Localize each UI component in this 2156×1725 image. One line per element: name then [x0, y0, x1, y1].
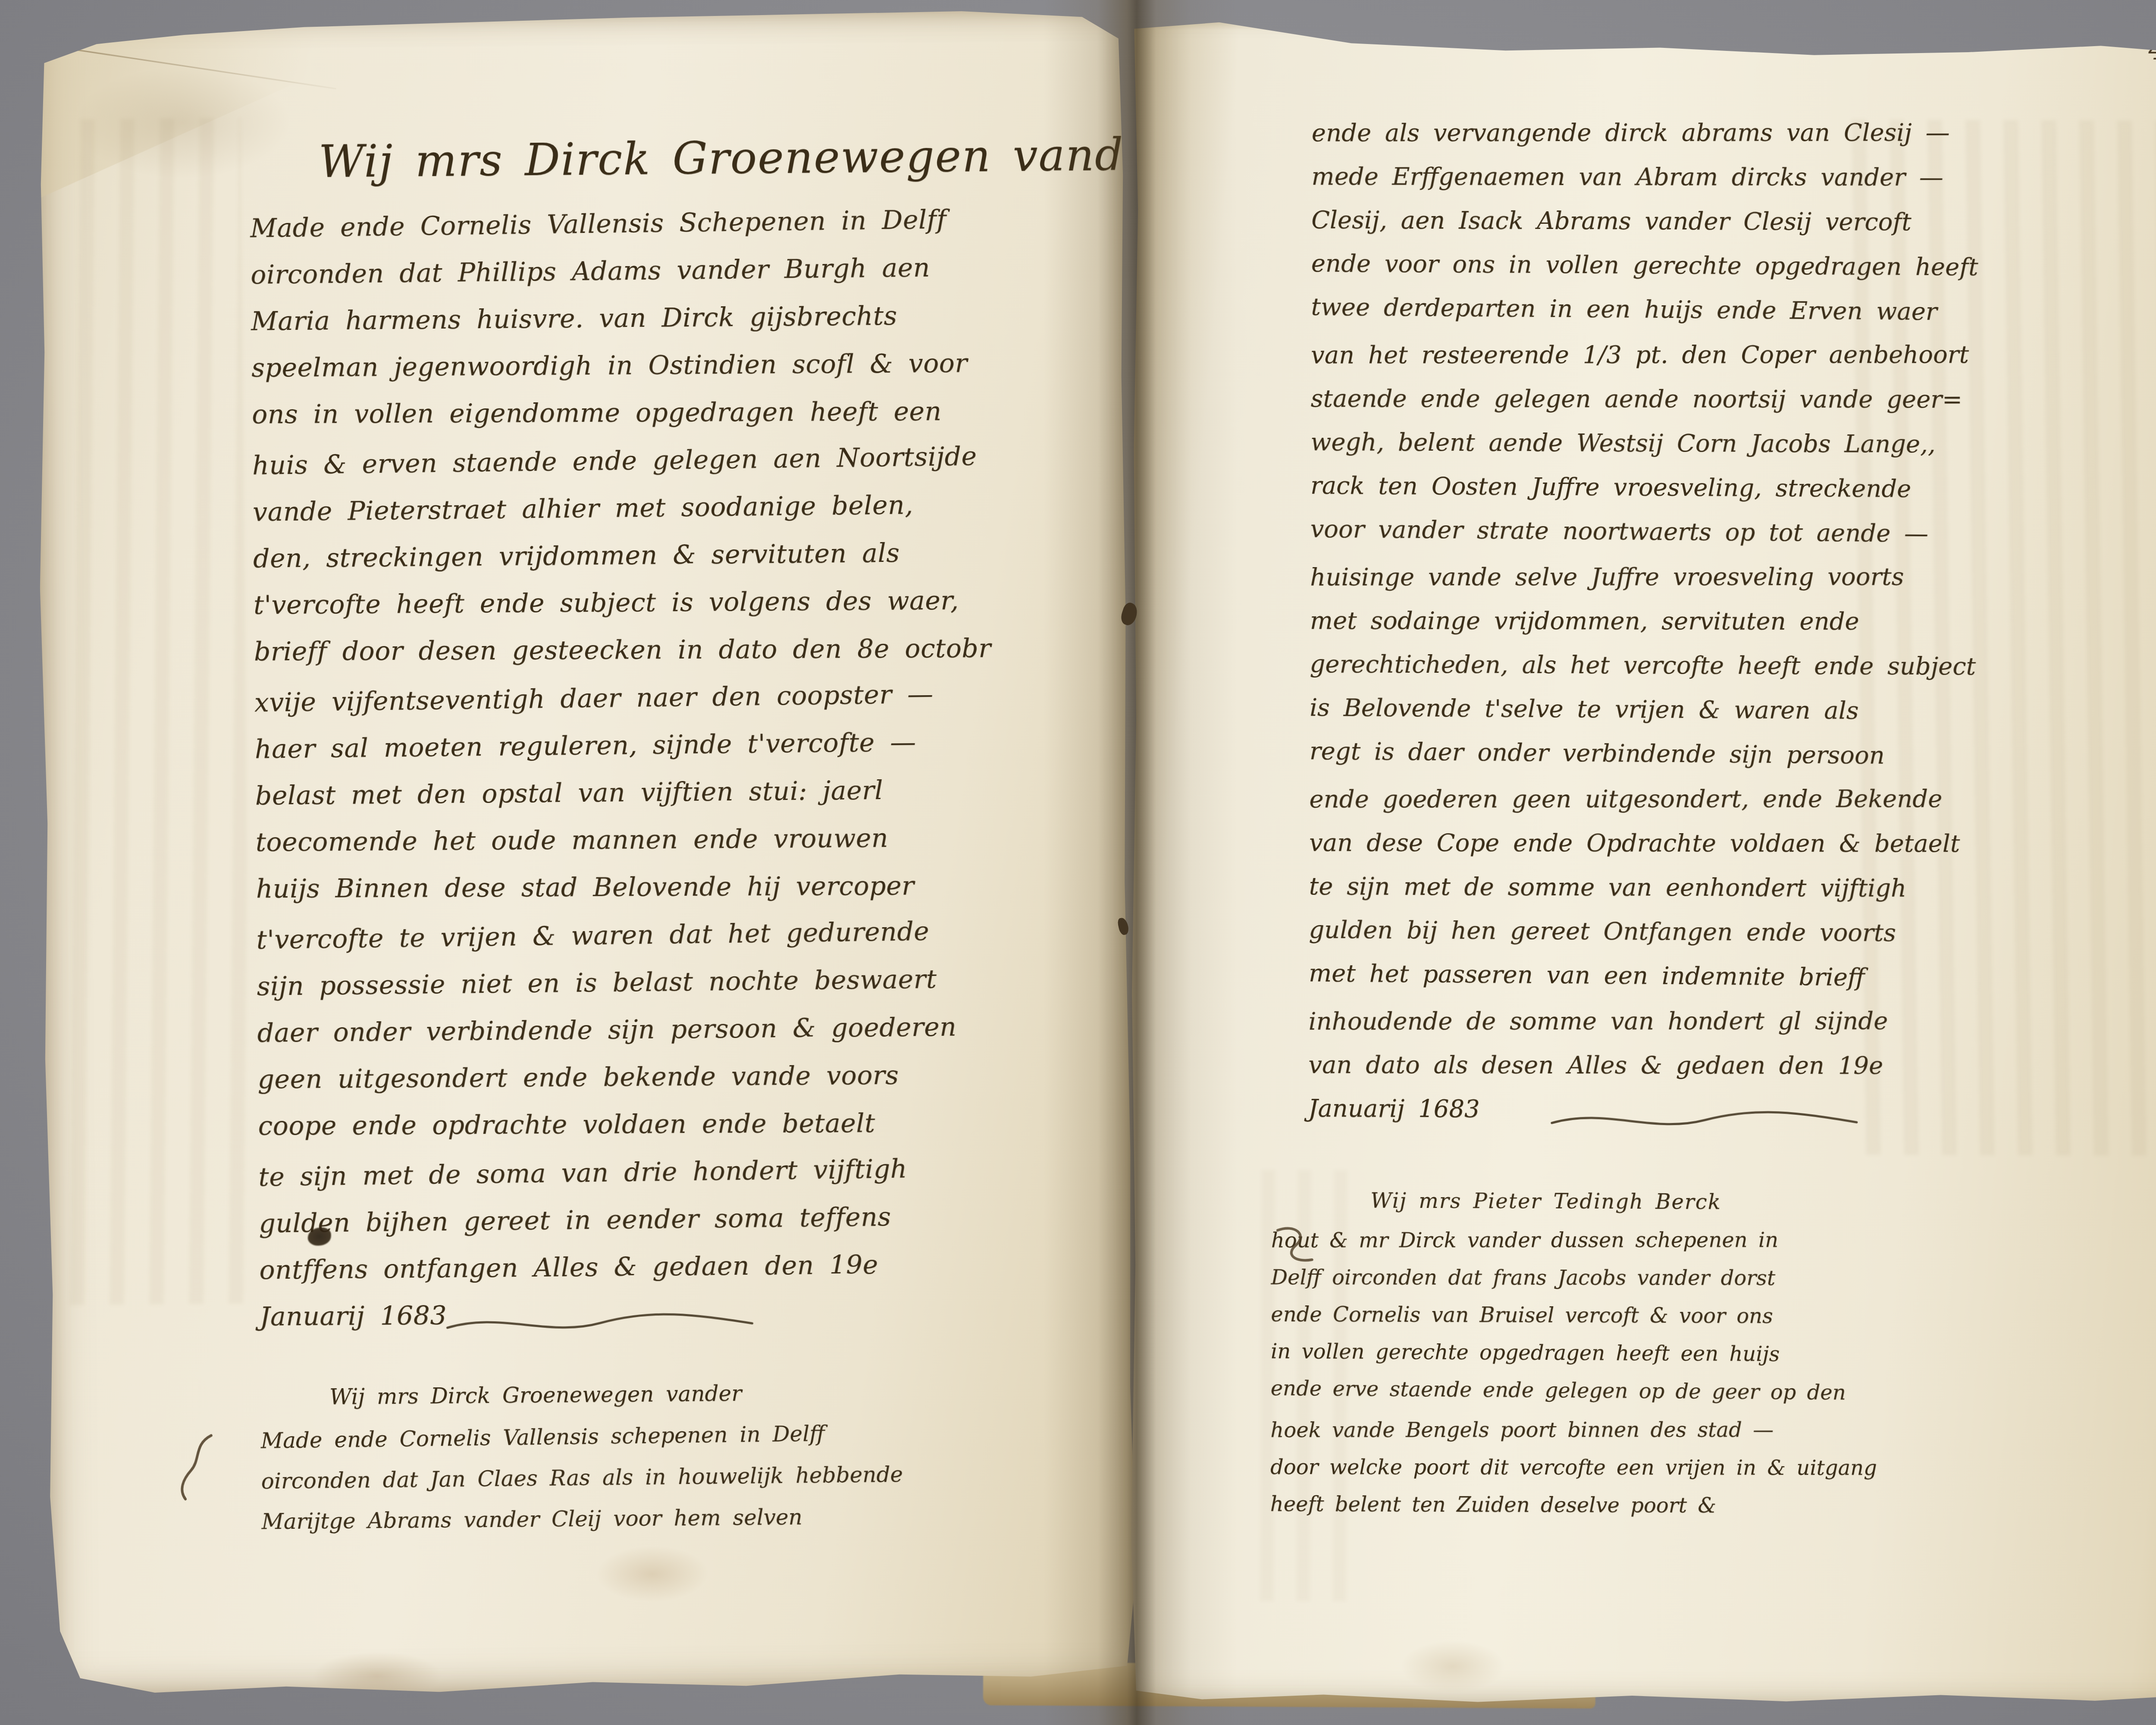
- manuscript-paragraph: Wij mrs Dirck Groenewegen vanderMade end…: [249, 115, 1135, 1343]
- manuscript-line: daer onder verbindende sijn persoon & go…: [257, 1002, 1133, 1057]
- left-page-text: Wij mrs Dirck Groenewegen vanderMade end…: [249, 115, 1137, 1543]
- margin-paraph-mark: [170, 1433, 222, 1502]
- paper-stain: [1401, 1640, 1504, 1693]
- paper-stain: [596, 1546, 708, 1603]
- manuscript-photo: Wij mrs Dirck Groenewegen vanderMade end…: [0, 0, 2156, 1725]
- right-page: 4 ende als vervangende dirck abrams van …: [1125, 5, 2156, 1712]
- paper-stain: [312, 1651, 442, 1699]
- manuscript-line: inhoudende de somme van hondert gl sijnd…: [1309, 999, 2156, 1044]
- manuscript-line: ende Cornelis van Bruisel vercoft & voor…: [1271, 1295, 2156, 1337]
- manuscript-paragraph: Wij mrs Dirck Groenewegen vanderMade end…: [260, 1369, 1137, 1543]
- manuscript-line: rack ten Oosten Juffre vroesveling, stre…: [1310, 464, 2156, 513]
- page-number: 4: [2148, 31, 2156, 67]
- manuscript-line: t'vercofte heeft ende subject is volgens…: [254, 576, 1129, 629]
- manuscript-line: geen uitgesondert ende bekende vande voo…: [257, 1050, 1133, 1103]
- manuscript-line: ende als vervangende dirck abrams van Cl…: [1312, 110, 2156, 155]
- manuscript-line: heeft belent ten Zuiden deselve poort &: [1270, 1485, 2156, 1527]
- manuscript-line: hoek vande Bengels poort binnen des stad…: [1270, 1411, 2156, 1449]
- manuscript-line: coope ende opdrachte voldaen ende betael…: [258, 1098, 1133, 1150]
- manuscript-line: Januarij 1683: [260, 1287, 1135, 1340]
- manuscript-line: te sijn met de somme van eenhondert vijf…: [1309, 864, 2156, 912]
- manuscript-line: is Belovende t'selve te vrijen & waren a…: [1310, 686, 2156, 735]
- manuscript-line: ende goederen geen uitgesondert, ende Be…: [1309, 777, 2156, 822]
- manuscript-line: voor vander strate noortwaerts op tot ae…: [1310, 507, 2156, 558]
- manuscript-line: regt is daer onder verbindende sijn pers…: [1309, 729, 2156, 781]
- manuscript-line: speelman jegenwoordigh in Ostindien scof…: [251, 339, 1127, 392]
- manuscript-line: Januarij 1683: [1308, 1086, 2156, 1134]
- manuscript-paragraph: ende als vervangende dirck abrams van Cl…: [1308, 109, 2156, 1139]
- manuscript-line: oirconden dat Phillips Adams vander Burg…: [251, 242, 1126, 299]
- margin-paraph-mark: [1269, 1222, 1325, 1278]
- left-page: Wij mrs Dirck Groenewegen vanderMade end…: [31, 6, 1141, 1699]
- manuscript-line: gulden bij hen gereet Ontfangen ende voo…: [1309, 908, 2156, 957]
- manuscript-line: door welcke poort dit vercofte een vrije…: [1270, 1448, 2156, 1487]
- manuscript-line: huisinge vande selve Juffre vroesveling …: [1310, 555, 2156, 599]
- manuscript-line: den, streckingen vrijdommen & servituten…: [253, 527, 1129, 583]
- manuscript-line: ons in vollen eigendomme opgedragen heef…: [252, 387, 1127, 438]
- paragraph-opening-line: Wij mrs Dirck Groenewegen vander: [249, 115, 1125, 203]
- paragraph-opening-line: Wij mrs Pieter Tedingh Berck: [1271, 1182, 2156, 1223]
- manuscript-line: met het passeren van een indemnite brief…: [1309, 951, 2156, 1003]
- manuscript-line: belast met den opstal van vijftien stui:…: [255, 765, 1131, 820]
- right-page-text: ende als vervangende dirck abrams van Cl…: [1307, 109, 2156, 1526]
- manuscript-line: haer sal moeten reguleren, sijnde t'verc…: [254, 716, 1130, 773]
- manuscript-line: hout & mr Dirck vander dussen schepenen …: [1271, 1221, 2156, 1260]
- manuscript-line: twee derdeparten in een huijs ende Erven…: [1311, 285, 2156, 336]
- manuscript-line: Delff oirconden dat frans Jacobs vander …: [1271, 1258, 2156, 1298]
- manuscript-line: ende erve staende ende gelegen op de gee…: [1270, 1369, 2156, 1414]
- manuscript-line: mede Erffgenaemen van Abram dircks vande…: [1311, 154, 2156, 200]
- manuscript-line: Clesij, aen Isack Abrams vander Clesij v…: [1311, 198, 2156, 245]
- manuscript-line: vande Pieterstraet alhier met soodanige …: [252, 479, 1128, 536]
- manuscript-line: met sodainge vrijdommen, servituten ende: [1310, 599, 2156, 644]
- manuscript-line: ontffens ontfangen Alles & gedaen den 19…: [259, 1239, 1135, 1294]
- page-head-edge: [1131, 5, 2156, 34]
- manuscript-line: in vollen gerechte opgedragen heeft een …: [1271, 1332, 2156, 1375]
- manuscript-line: wegh, belent aende Westsij Corn Jacobs L…: [1310, 420, 2156, 467]
- manuscript-line: toecomende het oude mannen ende vrouwen: [255, 813, 1131, 866]
- manuscript-line: sijn possessie niet en is belast nochte …: [257, 953, 1132, 1010]
- manuscript-line: huijs Binnen dese stad Belovende hij ver…: [256, 861, 1131, 913]
- manuscript-line: van het resteerende 1/3 pt. den Coper ae…: [1311, 332, 2156, 377]
- manuscript-line: staende ende gelegen aende noortsij vand…: [1311, 376, 2156, 422]
- manuscript-line: Marijtge Abrams vander Cleij voor hem se…: [261, 1493, 1137, 1543]
- bleed-through-text: [55, 118, 251, 1305]
- manuscript-line: brieff door desen gesteecken in dato den…: [254, 624, 1129, 675]
- manuscript-line: gerechticheden, als het vercofte heeft e…: [1310, 642, 2156, 690]
- manuscript-paragraph: Wij mrs Pieter Tedingh Berckhout & mr Di…: [1270, 1182, 2156, 1527]
- manuscript-line: van dato als desen Alles & gedaen den 19…: [1308, 1043, 2156, 1088]
- manuscript-line: van dese Cope ende Opdrachte voldaen & b…: [1309, 821, 2156, 866]
- manuscript-line: Maria harmens huisvre. van Dirck gijsbre…: [251, 290, 1127, 345]
- manuscript-line: ende voor ons in vollen gerechte opgedra…: [1311, 241, 2156, 291]
- manuscript-line: gulden bijhen gereet in eender soma teff…: [259, 1191, 1134, 1248]
